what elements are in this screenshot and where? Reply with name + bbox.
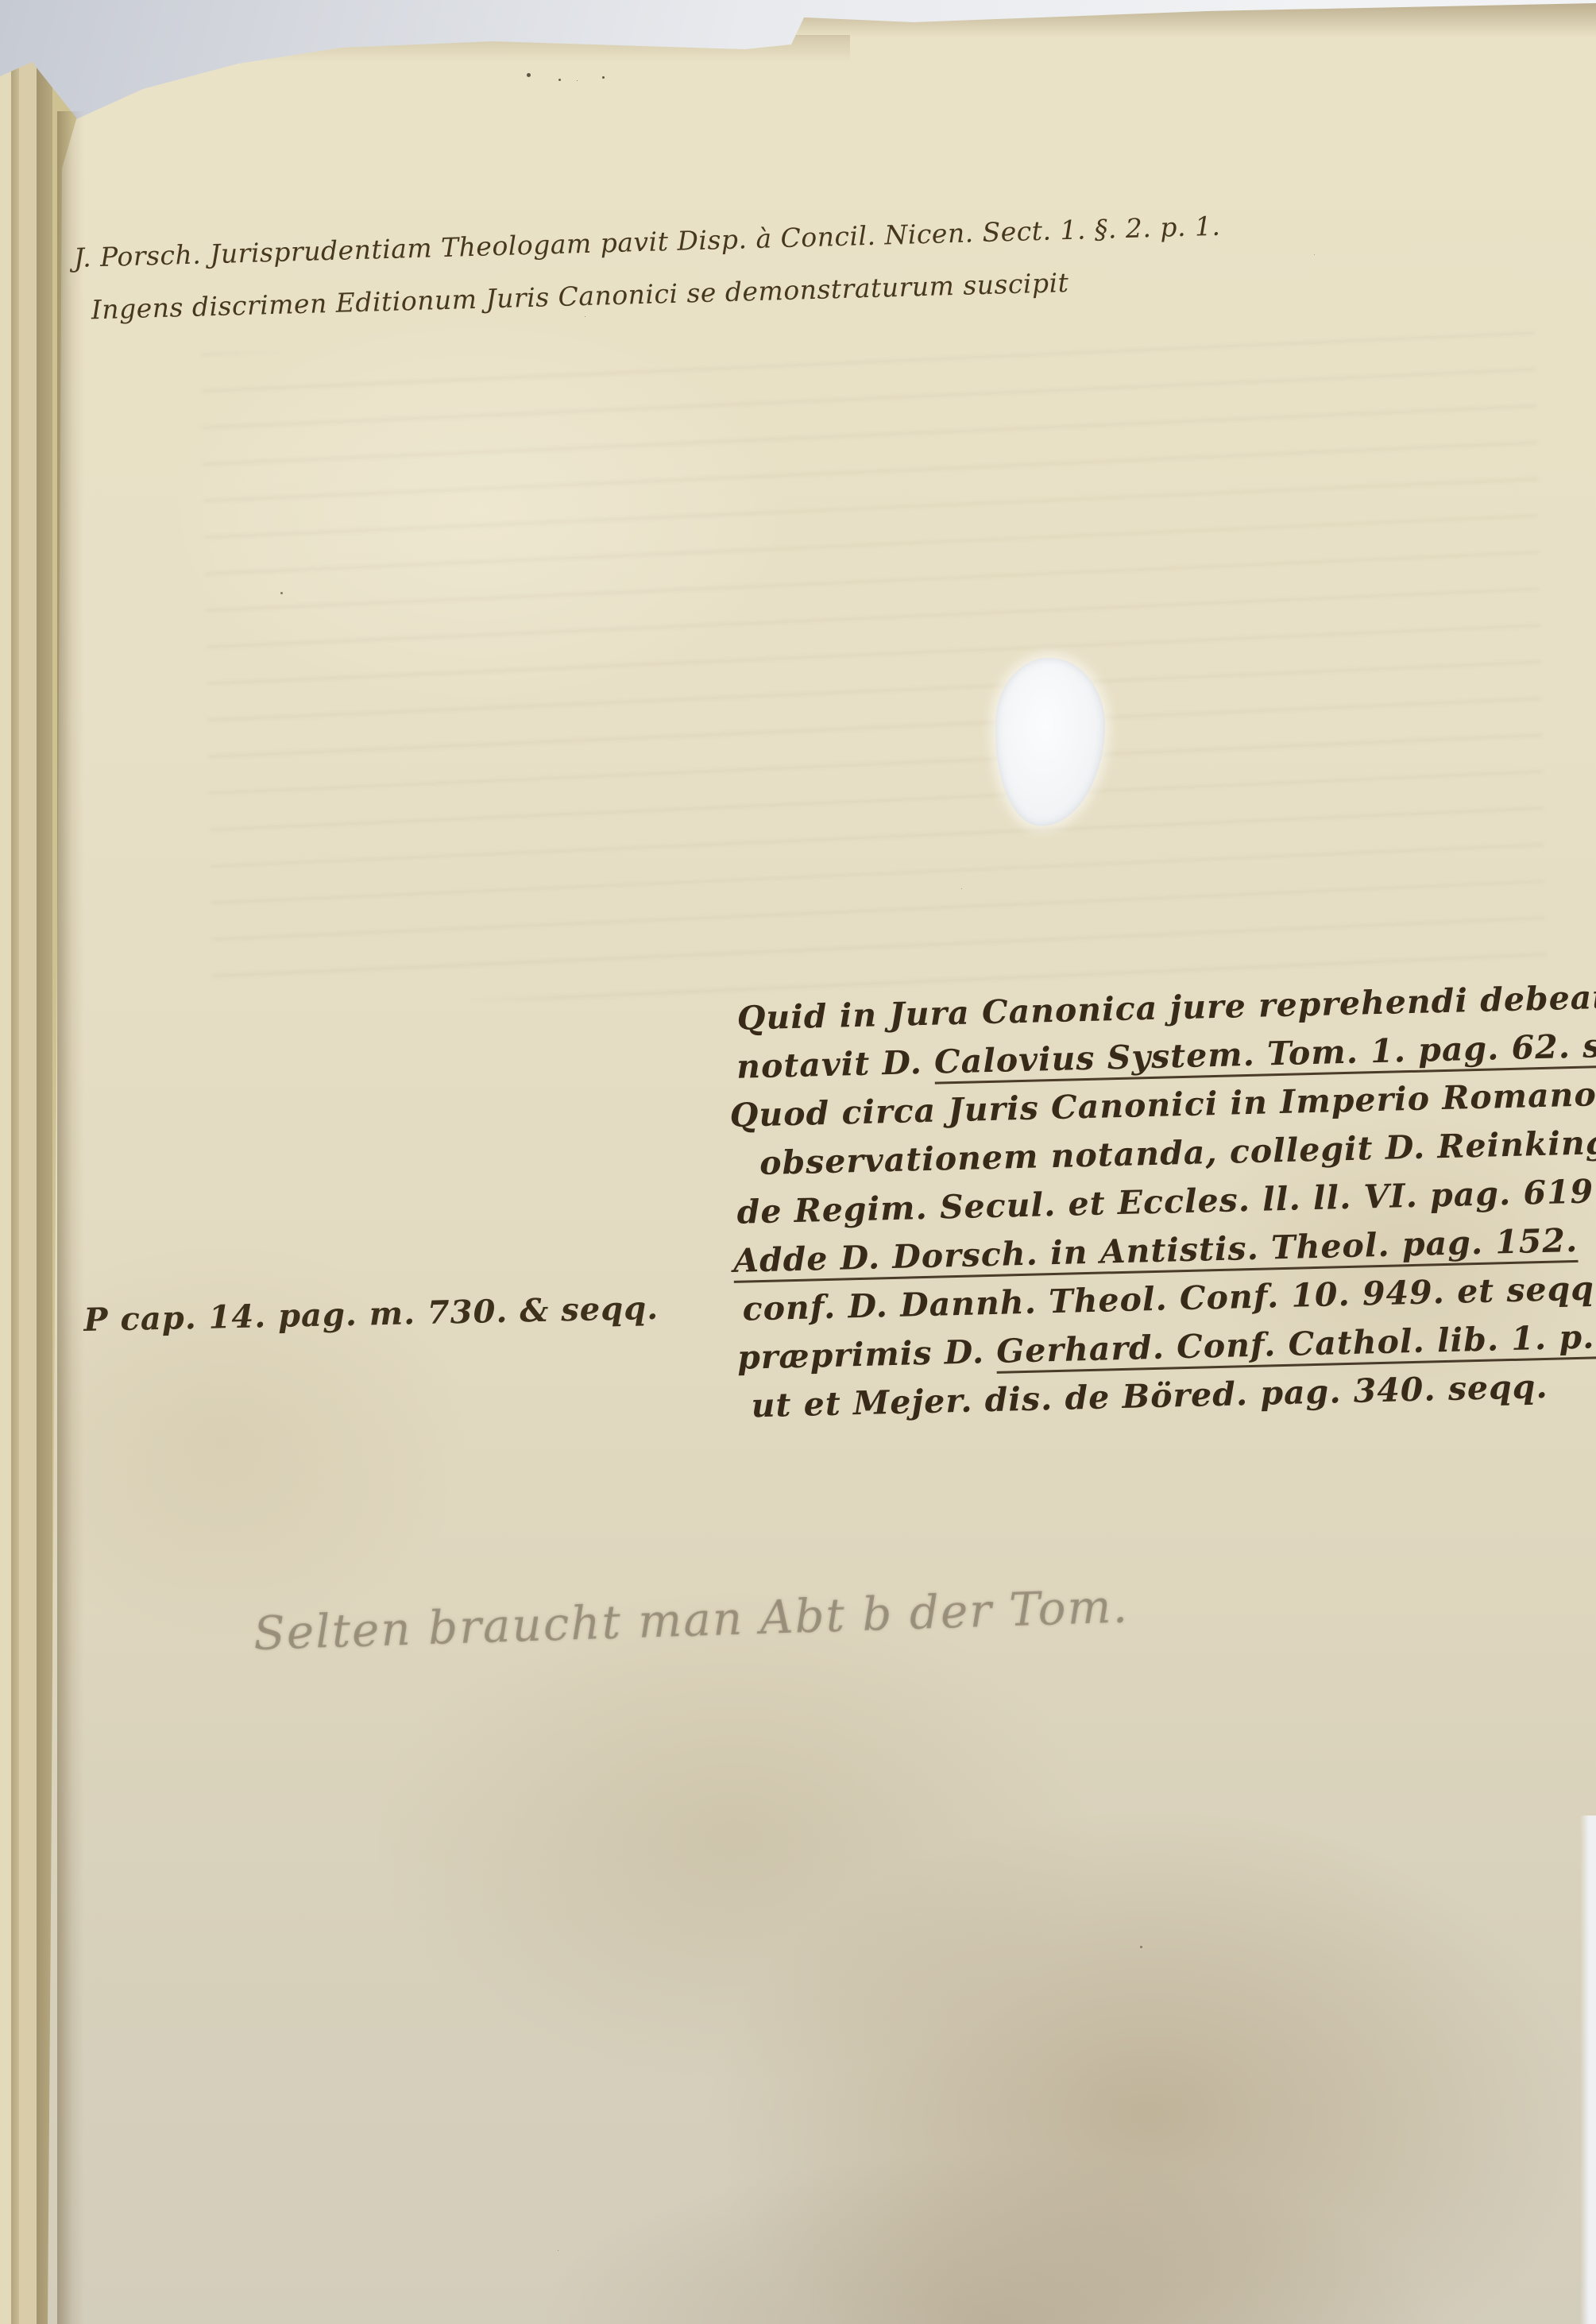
verso-bleedthrough (201, 330, 1547, 1004)
ink-note-top: J. Porsch. Jurisprudentiam Theologam pav… (73, 203, 1108, 337)
book-page: J. Porsch. Jurisprudentiam Theologam pav… (0, 0, 1596, 2324)
binding-gutter (57, 111, 84, 2324)
reference-note-block: Quid in Jura Canonica jure reprehendi de… (727, 974, 1595, 1431)
line-text: præprimis D. (737, 1332, 997, 1377)
pencil-inscription: Selten braucht man Abt b der Tom. (253, 1579, 1130, 1661)
manuscript-photo: J. Porsch. Jurisprudentiam Theologam pav… (0, 0, 1596, 2324)
left-page-citation: P cap. 14. pag. m. 730. & seqq. (83, 1290, 659, 1339)
ink-specks (527, 73, 531, 77)
line-text: notavit D. (736, 1043, 935, 1086)
background-sliver-right (1580, 1816, 1596, 2324)
